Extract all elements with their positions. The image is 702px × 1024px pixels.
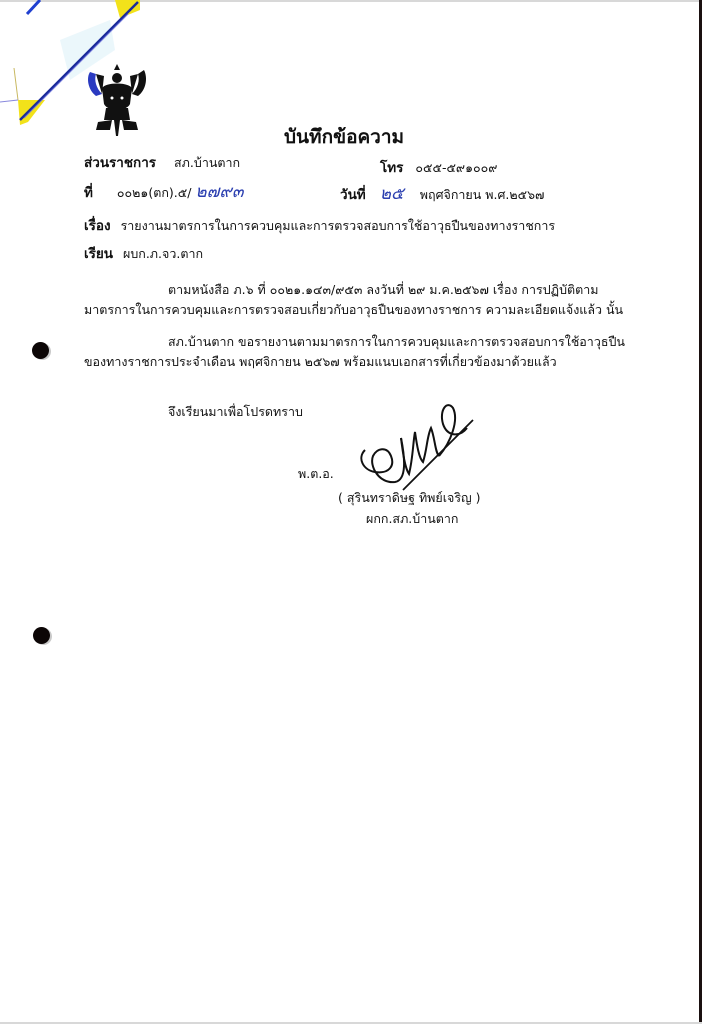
garuda-emblem-icon [84, 64, 150, 138]
phone-value: ๐๕๕-๕๙๑๐๐๙ [415, 160, 497, 175]
punch-hole-bottom [33, 627, 50, 644]
closing-line: จึงเรียนมาเพื่อโปรดทราบ [168, 404, 303, 420]
body-para2-line2: ของทางราชการประจำเดือน พฤศจิกายน ๒๕๖๗ พร… [84, 354, 557, 370]
document-page: บันทึกข้อความ ส่วนราชการ สภ.บ้านตาก โทร … [0, 0, 702, 1024]
to-value: ผบก.ภ.จว.ตาก [123, 246, 203, 261]
document-title: บันทึกข้อความ [284, 122, 404, 152]
phone-row: โทร ๐๕๕-๕๙๑๐๐๙ [380, 160, 497, 176]
body-para1-line1: ตามหนังสือ ภ.๖ ที่ ๐๐๒๑.๑๔๓/๙๕๓ ลงวันที่… [168, 282, 599, 298]
reference-handwritten: ๒๗๙๓ [195, 182, 243, 202]
punch-hole-top [32, 342, 49, 359]
to-label: เรียน [84, 246, 113, 262]
department-row: ส่วนราชการ สภ.บ้านตาก [84, 155, 240, 171]
signatory-name: ( สุรินทราดิษฐ ทิพย์เจริญ ) [338, 490, 481, 506]
date-label: วันที่ [340, 187, 366, 203]
department-label: ส่วนราชการ [84, 155, 156, 171]
body-para2-line1: สภ.บ้านตาก ขอรายงานตามมาตรการในการควบคุม… [168, 334, 625, 350]
reference-row: ที่ ๐๐๒๑(ตก).๕/ ๒๗๙๓ [84, 184, 243, 201]
signature-icon [355, 398, 480, 498]
subject-label: เรื่อง [84, 218, 111, 234]
date-month-year: พฤศจิกายน พ.ศ.๒๕๖๗ [420, 187, 545, 202]
department-value: สภ.บ้านตาก [174, 155, 240, 170]
signatory-rank: พ.ต.อ. [298, 466, 334, 482]
date-row: วันที่ ๒๕ พฤศจิกายน พ.ศ.๒๕๖๗ [340, 186, 544, 203]
date-day-handwritten: ๒๕ [380, 184, 404, 204]
to-row: เรียน ผบก.ภ.จว.ตาก [84, 246, 203, 262]
reference-label: ที่ [84, 185, 93, 201]
subject-value: รายงานมาตรการในการควบคุมและการตรวจสอบการ… [121, 218, 556, 233]
body-para1-line2: มาตรการในการควบคุมและการตรวจสอบเกี่ยวกับ… [84, 302, 623, 318]
signatory-position: ผกก.สภ.บ้านตาก [366, 511, 458, 527]
phone-label: โทร [380, 160, 403, 176]
reference-printed: ๐๐๒๑(ตก).๕/ [117, 185, 192, 200]
subject-row: เรื่อง รายงานมาตรการในการควบคุมและการตรว… [84, 218, 555, 234]
